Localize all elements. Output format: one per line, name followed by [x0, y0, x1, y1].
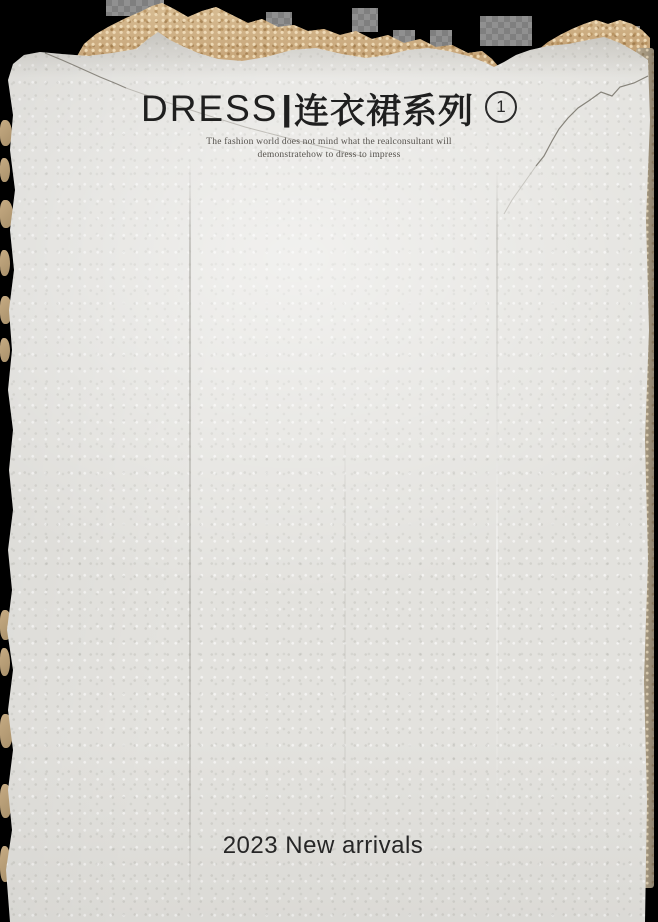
poster-subtitle: The fashion world does not mind what the…: [0, 136, 658, 161]
number-badge-circle: 1: [485, 91, 517, 123]
subtitle-line-1: The fashion world does not mind what the…: [0, 136, 658, 149]
poster-title: DRESS | 连衣裙系列 1: [0, 84, 658, 134]
number-badge-text: 1: [496, 97, 505, 117]
cardboard-bit: [0, 648, 10, 676]
brand-text: DRESS: [141, 88, 278, 130]
cardboard-bit: [0, 120, 12, 146]
torn-gap-patch: [480, 16, 532, 46]
torn-paper-sheet: DRESS | 连衣裙系列 1 The fashion world does n…: [0, 0, 658, 922]
subtitle-line-2: demonstratehow to dress to impress: [0, 149, 658, 162]
series-title-cn: 连衣裙系列: [294, 84, 474, 134]
footer-text: 2023 New arrivals: [0, 832, 652, 860]
cardboard-bit: [0, 158, 10, 182]
cardboard-bit: [0, 250, 10, 276]
torn-gap-patch: [352, 8, 378, 32]
title-separator: |: [282, 90, 293, 129]
poster-stage: DRESS | 连衣裙系列 1 The fashion world does n…: [0, 0, 658, 922]
cardboard-bit: [0, 338, 10, 362]
